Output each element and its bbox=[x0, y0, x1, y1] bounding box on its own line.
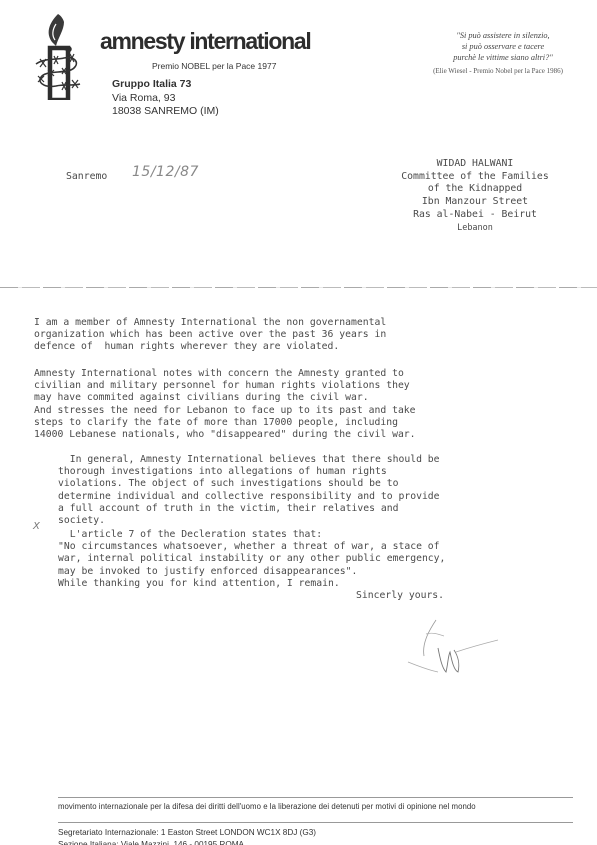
recipient-line: Ras al-Nabei - Beirut bbox=[355, 209, 595, 222]
paper-fold-line bbox=[0, 287, 597, 288]
handwritten-signature-icon bbox=[398, 612, 508, 682]
footer-rule-top bbox=[58, 797, 573, 798]
recipient-line: of the Kidnapped bbox=[355, 183, 595, 196]
body-paragraph-4: L'article 7 of the Decleration states th… bbox=[58, 529, 578, 590]
recipient-line: Ibn Manzour Street bbox=[355, 196, 595, 209]
nobel-prize-line: Premio NOBEL per la Pace 1977 bbox=[152, 61, 276, 71]
epigraph-line: si può osservare e tacere bbox=[418, 41, 588, 52]
epigraph-line: "Si può assistere in silenzio, bbox=[418, 30, 588, 41]
margin-mark: X bbox=[33, 521, 40, 532]
body-paragraph-3: In general, Amnesty International believ… bbox=[58, 454, 578, 527]
body-paragraph-1: I am a member of Amnesty International t… bbox=[34, 317, 554, 354]
epigraph-quote: "Si può assistere in silenzio, si può os… bbox=[418, 30, 588, 63]
sender-address: Gruppo Italia 73 Via Roma, 93 18038 SANR… bbox=[112, 78, 219, 119]
footer-rule-bottom bbox=[58, 822, 573, 823]
footer-motto: movimento internazionale per la difesa d… bbox=[58, 802, 476, 811]
sender-street: Via Roma, 93 bbox=[112, 92, 219, 106]
epigraph-source: (Elie Wiesel - Premio Nobel per la Pace … bbox=[408, 67, 588, 75]
recipient-name: WIDAD HALWANI bbox=[355, 158, 595, 171]
candle-barbed-wire-icon bbox=[34, 12, 84, 100]
recipient-block: WIDAD HALWANI Committee of the Families … bbox=[355, 158, 595, 234]
sender-city: 18038 SANREMO (IM) bbox=[112, 105, 219, 119]
handwritten-date: 15/12/87 bbox=[132, 164, 199, 180]
sender-group: Gruppo Italia 73 bbox=[112, 78, 219, 92]
organization-name: amnesty international bbox=[100, 28, 310, 55]
dateline-place: Sanremo bbox=[66, 171, 107, 182]
epigraph-line: purchè le vittime siano altri?" bbox=[418, 52, 588, 63]
closing: Sincerly yours. bbox=[356, 590, 444, 601]
recipient-line: Committee of the Families bbox=[355, 171, 595, 184]
footer-addresses: Segretariato Internazionale: 1 Easton St… bbox=[58, 827, 316, 845]
recipient-line: Lebanon bbox=[355, 222, 595, 235]
footer-secretariat: Segretariato Internazionale: 1 Easton St… bbox=[58, 827, 316, 839]
body-paragraph-2: Amnesty International notes with concern… bbox=[34, 368, 554, 441]
footer-italian-section: Sezione Italiana: Viale Mazzini, 146 - 0… bbox=[58, 839, 316, 845]
